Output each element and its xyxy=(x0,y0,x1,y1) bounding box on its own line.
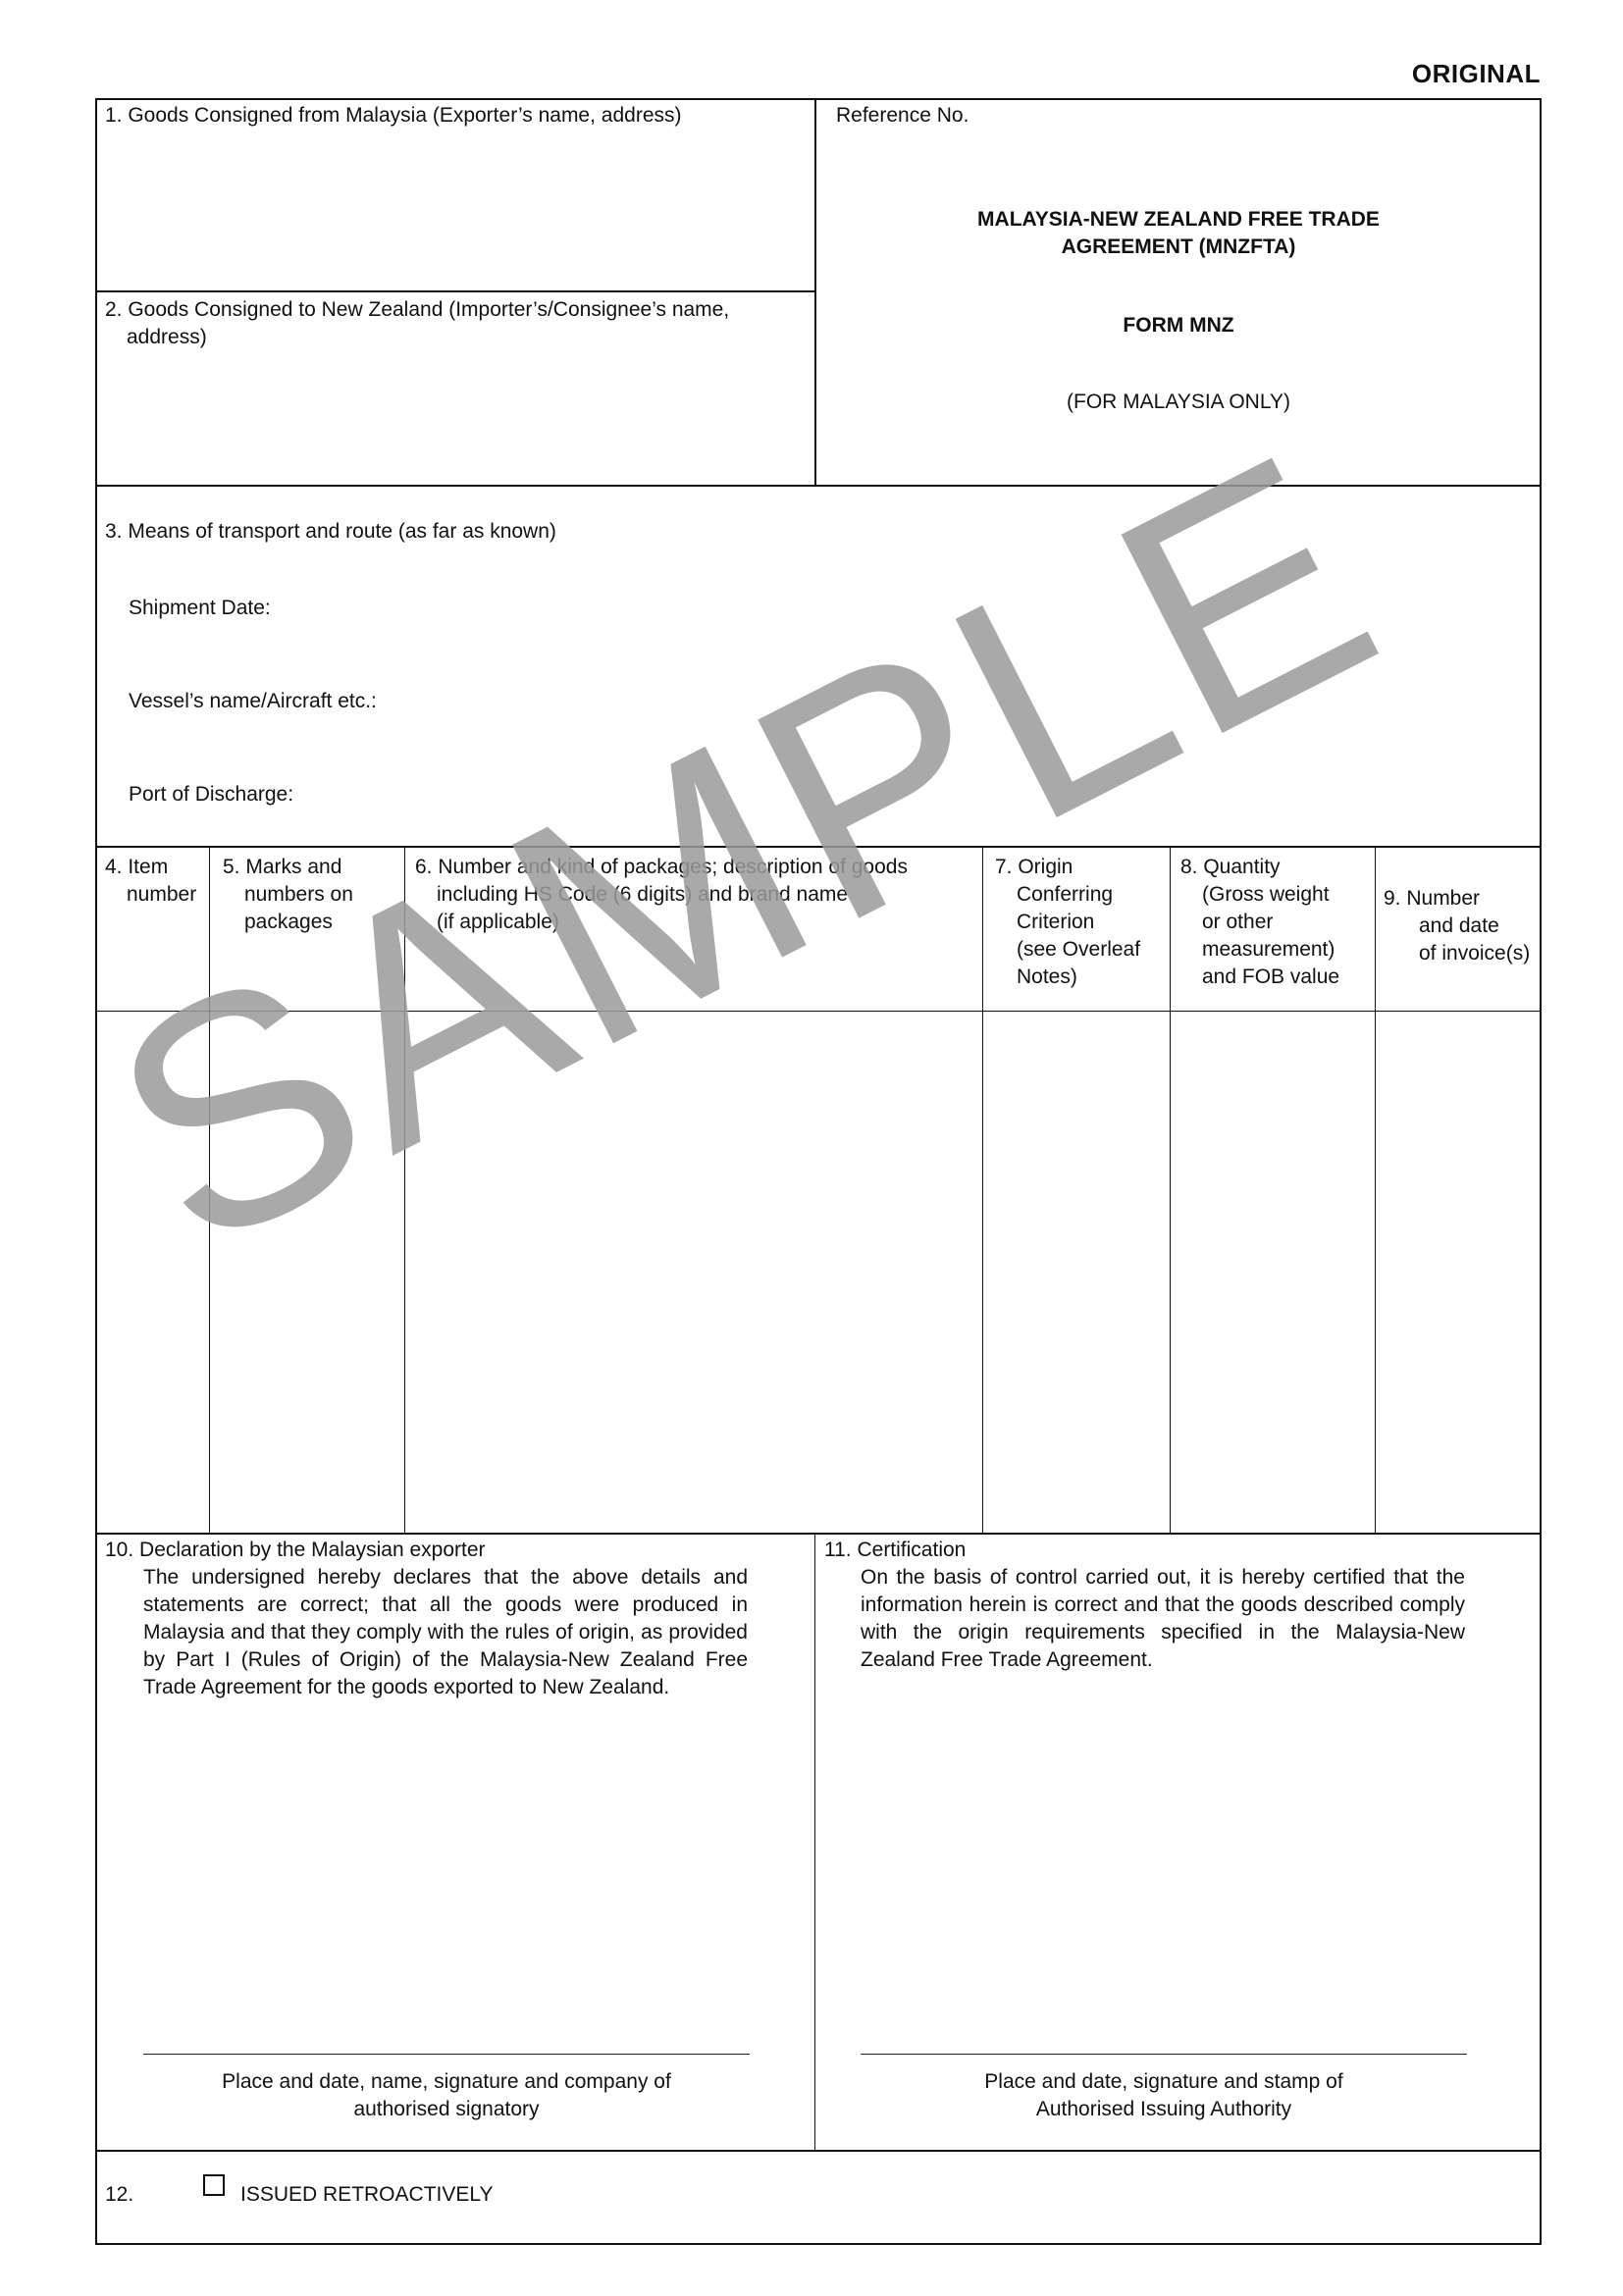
divider xyxy=(95,2150,1542,2152)
column-header-marks: 5. Marks and numbers on packages xyxy=(223,854,421,936)
box3-label: 3. Means of transport and route (as far … xyxy=(105,518,556,546)
divider xyxy=(95,846,1542,848)
divider xyxy=(95,1533,1542,1535)
agreement-title-line1: MALAYSIA-NEW ZEALAND FREE TRADE xyxy=(816,206,1541,234)
agreement-title-line2: AGREEMENT (MNZFTA) xyxy=(816,234,1541,261)
authority-signature-caption: Place and date, signature and stamp of A… xyxy=(861,2068,1467,2123)
column-header-origin-criterion: 7. Origin Conferring Criterion (see Over… xyxy=(995,854,1193,991)
divider xyxy=(404,846,405,1533)
issued-retroactively-checkbox[interactable] xyxy=(203,2174,225,2196)
port-of-discharge-label: Port of Discharge: xyxy=(129,781,293,809)
quantity-cell[interactable] xyxy=(1172,1014,1374,1531)
column-header-quantity: 8. Quantity (Gross weight or other measu… xyxy=(1180,854,1393,991)
authority-signature-line[interactable] xyxy=(861,2054,1467,2055)
reference-number-field[interactable] xyxy=(991,102,1521,130)
divider xyxy=(95,290,816,292)
column-header-invoice: 9. Number and date of invoice(s) xyxy=(1384,858,1541,995)
exporter-signature-caption: Place and date, name, signature and comp… xyxy=(143,2068,750,2123)
consignee-field[interactable] xyxy=(108,358,805,481)
exporter-signature-line[interactable] xyxy=(143,2054,750,2055)
form-name: FORM MNZ xyxy=(816,312,1541,339)
box12-number: 12. xyxy=(105,2181,133,2209)
divider xyxy=(982,846,983,1533)
vessel-name-label: Vessel’s name/Aircraft etc.: xyxy=(129,688,377,715)
issued-retroactively-label: ISSUED RETROACTIVELY xyxy=(240,2181,494,2209)
divider xyxy=(814,1533,815,2151)
reference-label: Reference No. xyxy=(836,102,969,130)
marks-cell[interactable] xyxy=(211,1014,403,1531)
column-header-item-number: 4. Item number xyxy=(105,854,235,909)
port-of-discharge-field[interactable] xyxy=(412,779,1511,809)
exporter-field[interactable] xyxy=(108,137,805,285)
certification-text: On the basis of control carried out, it … xyxy=(861,1564,1465,1674)
form-scope: (FOR MALAYSIA ONLY) xyxy=(816,389,1541,416)
declaration-text: The undersigned hereby declares that the… xyxy=(143,1564,748,1701)
box11-label: 11. Certification xyxy=(824,1537,966,1564)
box10-label: 10. Declaration by the Malaysian exporte… xyxy=(105,1537,486,1564)
vessel-name-field[interactable] xyxy=(412,686,1511,715)
invoice-cell[interactable] xyxy=(1377,1014,1540,1531)
divider xyxy=(95,1011,1542,1012)
origin-criterion-cell[interactable] xyxy=(984,1014,1169,1531)
shipment-date-field[interactable] xyxy=(412,593,1511,622)
box2-label: 2. Goods Consigned to New Zealand (Impor… xyxy=(105,296,833,351)
column-header-description: 6. Number and kind of packages; descript… xyxy=(415,854,1001,936)
item-number-cell[interactable] xyxy=(97,1014,208,1531)
shipment-date-label: Shipment Date: xyxy=(129,595,271,622)
box1-label: 1. Goods Consigned from Malaysia (Export… xyxy=(105,102,792,130)
divider xyxy=(95,485,1542,487)
divider xyxy=(209,846,210,1533)
copy-type-label: ORIGINAL xyxy=(1412,59,1541,89)
description-cell[interactable] xyxy=(406,1014,981,1531)
column-header-invoice-text: 9. Number and date of invoice(s) xyxy=(1384,885,1541,967)
